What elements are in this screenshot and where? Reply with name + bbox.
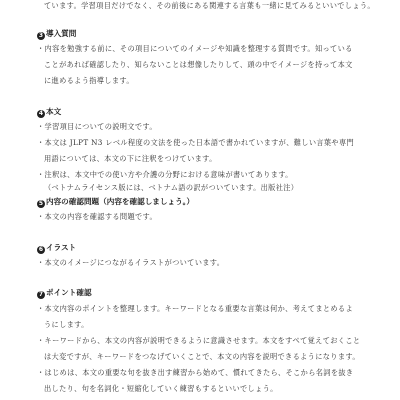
circled-number-icon: 6 bbox=[37, 246, 45, 254]
circled-number-icon: 4 bbox=[37, 110, 45, 118]
circled-number-icon: 7 bbox=[37, 291, 45, 299]
paragraph-line: ことがあれば確認したり、知らないことは想像したりして、頭の中でイメージを持って本… bbox=[44, 60, 353, 69]
paragraph-line: ・本文の内容を確認する問題です。 bbox=[37, 212, 157, 221]
section-heading-comprehension-questions: 5内容の確認問題（内容を確認しましょう。） bbox=[37, 197, 194, 208]
section-title: 本文 bbox=[46, 107, 61, 116]
paragraph-line: は大変ですが、キーワードをつなげていくことで、本文の内容を説明できるようになりま… bbox=[44, 352, 360, 361]
paragraph-line: ・学習項目についての説明文です。 bbox=[37, 122, 157, 131]
paragraph-line: ・本文内容のポイントを整理します。キーワードとなる重要な言葉は何か、考えてまとめ… bbox=[37, 304, 353, 313]
section-heading-illustration: 6イラスト bbox=[37, 243, 76, 254]
section-title: 導入質問 bbox=[46, 29, 76, 38]
paragraph-line: 用語については、本文の下に注釈をつけています。 bbox=[44, 154, 217, 163]
section-title: ポイント確認 bbox=[46, 288, 92, 297]
intro-tail-text: ています。学習項目だけでなく、その前後にある関連する言葉も一緒に見てみるといいで… bbox=[44, 1, 375, 10]
paragraph-line: ・内容を勉強する前に、その項目についてのイメージや知識を整理する質問です。知って… bbox=[37, 44, 353, 53]
paragraph-line: ・本文のイメージにつながるイラストがついています。 bbox=[37, 258, 224, 267]
section-heading-introductory-questions: 3導入質問 bbox=[37, 29, 76, 40]
document-page: ています。学習項目だけでなく、その前後にある関連する言葉も一緒に見てみるといいで… bbox=[0, 0, 400, 400]
paragraph-line: 出したり、句を名詞化・短縮化していく練習もするといいでしょう。 bbox=[44, 384, 278, 393]
circled-number-icon: 5 bbox=[37, 200, 45, 208]
paragraph-line: ・キーワードから、本文の内容が説明できるように意識させます。本文をすべて覚えてお… bbox=[37, 336, 360, 345]
paragraph-line: に進めるよう指導します。 bbox=[44, 76, 134, 85]
section-heading-point-check: 7ポイント確認 bbox=[37, 288, 92, 299]
section-title: イラスト bbox=[46, 243, 76, 252]
circled-number-icon: 3 bbox=[37, 32, 45, 40]
paragraph-line: うにします。 bbox=[44, 320, 89, 329]
section-heading-main-text: 4本文 bbox=[37, 107, 61, 118]
paragraph-line: ・はじめは、本文の重要な句を抜き出す練習から始めて、慣れてきたら、そこから名詞を… bbox=[37, 368, 353, 377]
paragraph-line: ・注釈は、本文中での使い方や介護の分野における意味が書いてあります。 bbox=[37, 170, 293, 179]
section-title: 内容の確認問題（内容を確認しましょう。） bbox=[46, 197, 194, 206]
publisher-note: （ベトナムライセンス版には、ベトナム語の訳がついています。出版社注） bbox=[44, 183, 298, 192]
paragraph-line: ・本文は JLPT N3 レベル程度の文法を使った日本語で書かれていますが、難し… bbox=[37, 138, 354, 147]
